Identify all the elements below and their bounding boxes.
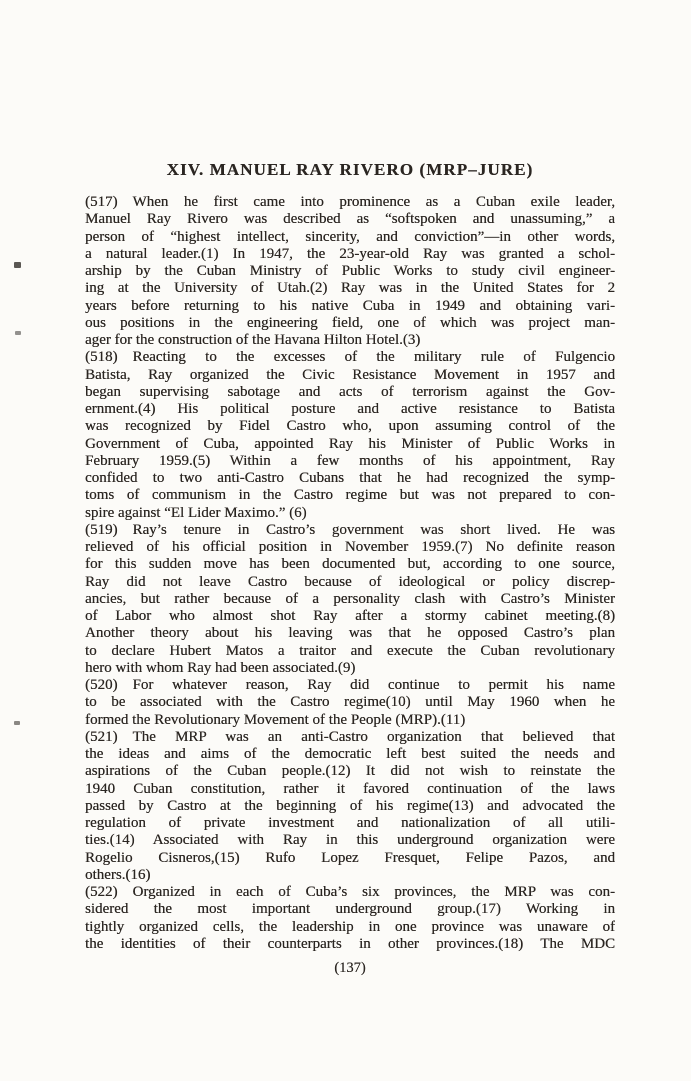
page-content: XIV. MANUEL RAY RIVERO (MRP–JURE) (517) …: [85, 160, 615, 977]
text-line: (518) Reacting to the excesses of the mi…: [85, 349, 615, 366]
text-line: toms of communism in the Castro regime b…: [85, 487, 615, 504]
text-line: ager for the construction of the Havana …: [85, 332, 615, 349]
page-title: XIV. MANUEL RAY RIVERO (MRP–JURE): [85, 160, 615, 180]
text-line: to be associated with the Castro regime(…: [85, 694, 615, 711]
text-line: (517) When he first came into prominence…: [85, 194, 615, 211]
text-line: (519) Ray’s tenure in Castro’s governmen…: [85, 522, 615, 539]
text-line: Another theory about his leaving was tha…: [85, 625, 615, 642]
text-line: Manuel Ray Rivero was described as “soft…: [85, 211, 615, 228]
text-line: others.(16): [85, 867, 615, 884]
page-number: (137): [85, 960, 615, 977]
paragraph-520: (520) For whatever reason, Ray did conti…: [85, 677, 615, 729]
text-line: was recognized by Fidel Castro who, upon…: [85, 418, 615, 435]
text-line: (521) The MRP was an anti-Castro organiz…: [85, 729, 615, 746]
text-line: 1940 Cuban constitution, rather it favor…: [85, 781, 615, 798]
text-line: Ray did not leave Castro because of ideo…: [85, 574, 615, 591]
text-line: sidered the most important underground g…: [85, 901, 615, 918]
text-line: spire against “El Lider Maximo.” (6): [85, 505, 615, 522]
text-line: arship by the Cuban Ministry of Public W…: [85, 263, 615, 280]
ink-speck: [14, 262, 21, 268]
text-line: began supervising sabotage and acts of t…: [85, 384, 615, 401]
text-line: tightly organized cells, the leadership …: [85, 919, 615, 936]
text-line: (520) For whatever reason, Ray did conti…: [85, 677, 615, 694]
text-line: to declare Hubert Matos a traitor and ex…: [85, 643, 615, 660]
text-line: years before returning to his native Cub…: [85, 298, 615, 315]
ink-speck: [15, 331, 21, 335]
text-line: the identities of their counterparts in …: [85, 936, 615, 953]
text-line: hero with whom Ray had been associated.(…: [85, 660, 615, 677]
paragraph-518: (518) Reacting to the excesses of the mi…: [85, 349, 615, 522]
text-line: ties.(14) Associated with Ray in this un…: [85, 832, 615, 849]
text-line: the ideas and aims of the democratic lef…: [85, 746, 615, 763]
text-line: ous positions in the engineering field, …: [85, 315, 615, 332]
text-line: confided to two anti-Castro Cubans that …: [85, 470, 615, 487]
text-line: of Labor who almost shot Ray after a sto…: [85, 608, 615, 625]
paragraph-517: (517) When he first came into prominence…: [85, 194, 615, 349]
text-line: (522) Organized in each of Cuba’s six pr…: [85, 884, 615, 901]
text-line: for this sudden move has been documented…: [85, 556, 615, 573]
text-line: aspirations of the Cuban people.(12) It …: [85, 763, 615, 780]
ink-speck: [14, 721, 20, 725]
document-page: XIV. MANUEL RAY RIVERO (MRP–JURE) (517) …: [0, 0, 691, 1081]
text-line: regulation of private investment and nat…: [85, 815, 615, 832]
document-body: (517) When he first came into prominence…: [85, 194, 615, 953]
text-line: Rogelio Cisneros,(15) Rufo Lopez Fresque…: [85, 850, 615, 867]
text-line: ernment.(4) His political posture and ac…: [85, 401, 615, 418]
text-line: Government of Cuba, appointed Ray his Mi…: [85, 436, 615, 453]
text-line: relieved of his official position in Nov…: [85, 539, 615, 556]
text-line: ing at the University of Utah.(2) Ray wa…: [85, 280, 615, 297]
paragraph-522: (522) Organized in each of Cuba’s six pr…: [85, 884, 615, 953]
text-line: formed the Revolutionary Movement of the…: [85, 712, 615, 729]
paragraph-519: (519) Ray’s tenure in Castro’s governmen…: [85, 522, 615, 677]
text-line: a natural leader.(1) In 1947, the 23-yea…: [85, 246, 615, 263]
text-line: Batista, Ray organized the Civic Resista…: [85, 367, 615, 384]
paragraph-521: (521) The MRP was an anti-Castro organiz…: [85, 729, 615, 884]
text-line: person of “highest intellect, sincerity,…: [85, 229, 615, 246]
text-line: February 1959.(5) Within a few months of…: [85, 453, 615, 470]
text-line: ancies, but rather because of a personal…: [85, 591, 615, 608]
text-line: passed by Castro at the beginning of his…: [85, 798, 615, 815]
